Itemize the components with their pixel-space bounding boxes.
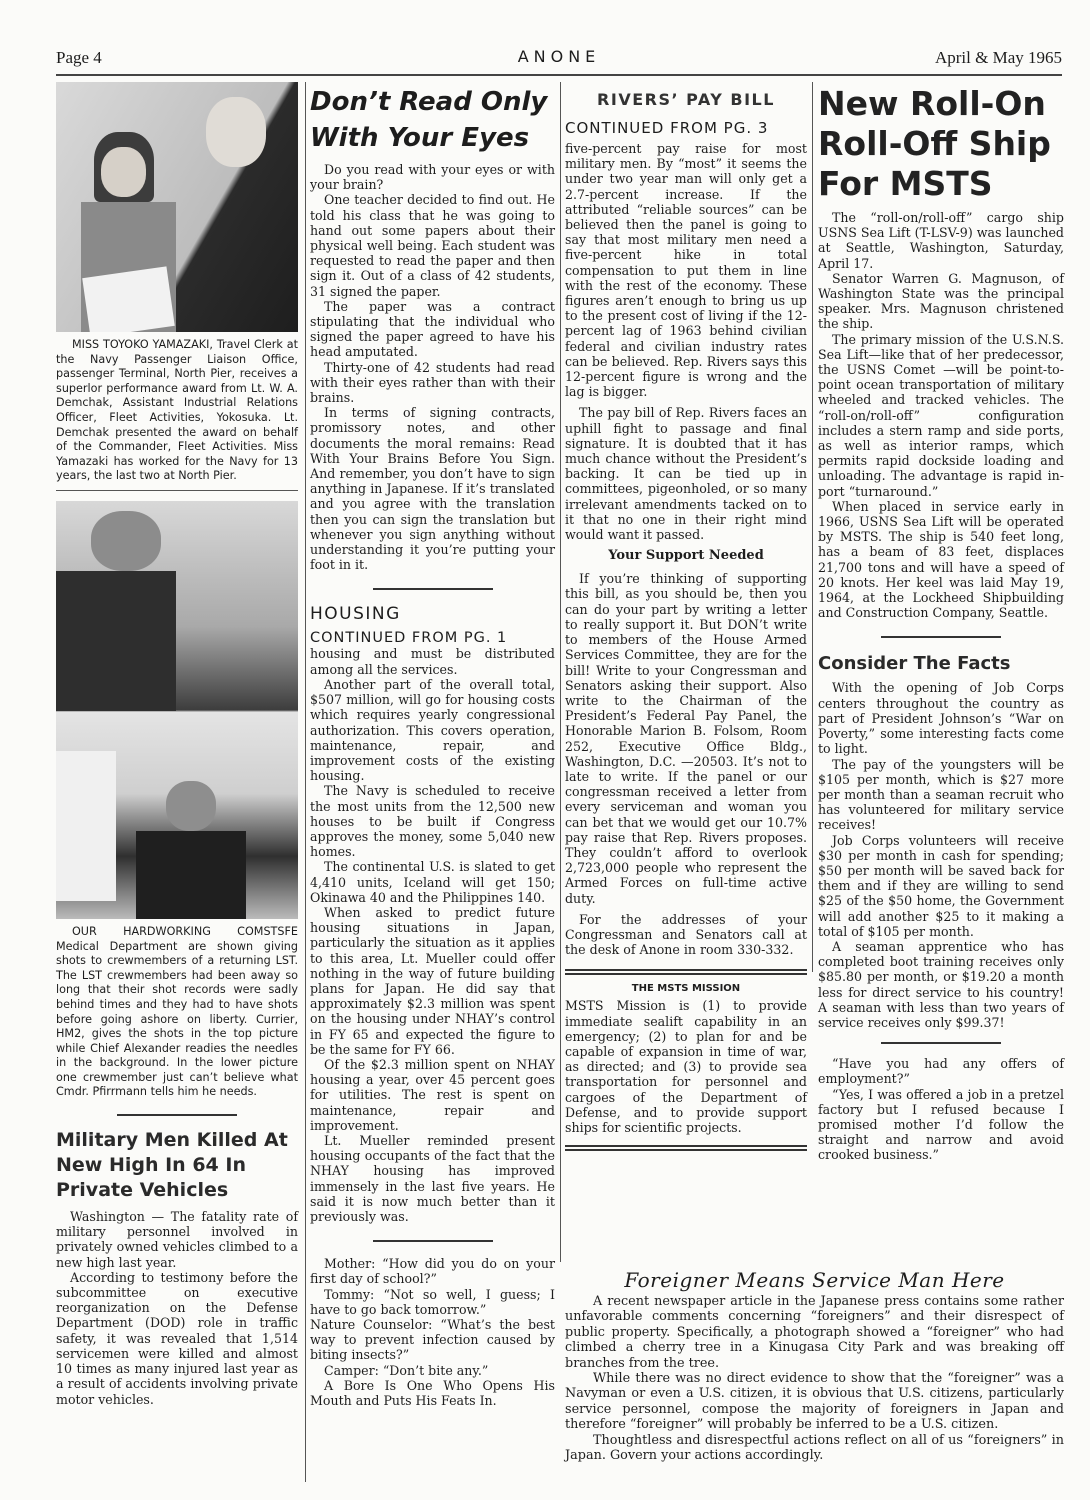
section-rule xyxy=(373,1240,493,1242)
award-photo xyxy=(56,82,298,332)
jokes-block: Mother: “How did you do on your first da… xyxy=(310,1256,555,1408)
column-divider xyxy=(560,82,561,1262)
ship-article-body: The “roll-on/roll-off” cargo ship USNS S… xyxy=(818,210,1064,620)
crewmember-head xyxy=(91,511,161,571)
caption-rule xyxy=(56,490,298,491)
rivers-article-body: five-percent pay raise for most military… xyxy=(565,141,807,542)
ship-headline: New Roll-On Roll-Off Ship For MSTS xyxy=(818,84,1064,204)
pretzel-joke: “Have you had any offers of employment?”… xyxy=(818,1056,1064,1162)
support-body: If you’re thinking of supporting this bi… xyxy=(565,571,807,957)
section-rule xyxy=(881,636,1001,638)
column-divider xyxy=(305,82,306,1482)
commander-uniform xyxy=(136,831,246,919)
housing-continued: CONTINUED FROM PG. 1 xyxy=(310,630,555,646)
woman-face xyxy=(101,147,146,197)
facts-headline: Consider The Facts xyxy=(818,652,1064,676)
medical-photo xyxy=(56,501,298,919)
column-divider xyxy=(812,82,813,972)
eyes-article-body: Do you read with your eyes or with your … xyxy=(310,162,555,572)
military-headline: Military Men Killed At New High In 64 In… xyxy=(56,1128,298,1203)
facts-article-body: With the opening of Job Corps centers th… xyxy=(818,680,1064,1030)
newspaper-title: ANONE xyxy=(56,47,1062,66)
housing-headline: HOUSING xyxy=(310,604,555,624)
mission-title: THE MSTS MISSION xyxy=(565,983,807,994)
column-1: MISS TOYOKO YAMAZAKI, Travel Clerk at th… xyxy=(56,80,298,1407)
support-subhead: Your Support Needed xyxy=(565,548,807,563)
commander-head xyxy=(166,781,216,831)
rivers-continued: CONTINUED FROM PG. 3 xyxy=(565,119,807,137)
double-rule xyxy=(565,1145,807,1151)
officer-face xyxy=(206,97,266,167)
section-rule xyxy=(881,1042,1001,1044)
housing-article-body: housing and must be distributed among al… xyxy=(310,646,555,1224)
eyes-headline: Don’t Read Only With Your Eyes xyxy=(310,84,555,156)
award-caption: MISS TOYOKO YAMAZAKI, Travel Clerk at th… xyxy=(56,338,298,484)
medical-caption: OUR HARDWORKING COMSTSFE Medical Departm… xyxy=(56,925,298,1100)
double-rule xyxy=(565,969,807,975)
mission-body: MSTS Mission is (1) to provide immediate… xyxy=(565,998,807,1135)
white-shirt-figure xyxy=(56,751,116,901)
military-article-body: Washington — The fatality rate of milita… xyxy=(56,1209,298,1407)
certificate xyxy=(82,266,175,332)
foreigner-body: A recent newspaper article in the Japane… xyxy=(565,1294,1064,1463)
foreigner-headline: Foreigner Means Service Man Here xyxy=(565,1268,1064,1292)
foreigner-story: Foreigner Means Service Man Here A recen… xyxy=(565,1268,1064,1463)
column-4: New Roll-On Roll-Off Ship For MSTS The “… xyxy=(818,80,1064,1163)
rivers-headline: RIVERS’ PAY BILL xyxy=(565,90,807,109)
column-3: RIVERS’ PAY BILL CONTINUED FROM PG. 3 fi… xyxy=(565,80,807,1159)
section-rule xyxy=(373,588,493,590)
masthead-rule xyxy=(56,74,1062,76)
column-2: Don’t Read Only With Your Eyes Do you re… xyxy=(310,80,555,1408)
section-rule xyxy=(117,1114,237,1116)
issue-date: April & May 1965 xyxy=(935,48,1062,68)
crewmember-jumper xyxy=(56,571,176,711)
